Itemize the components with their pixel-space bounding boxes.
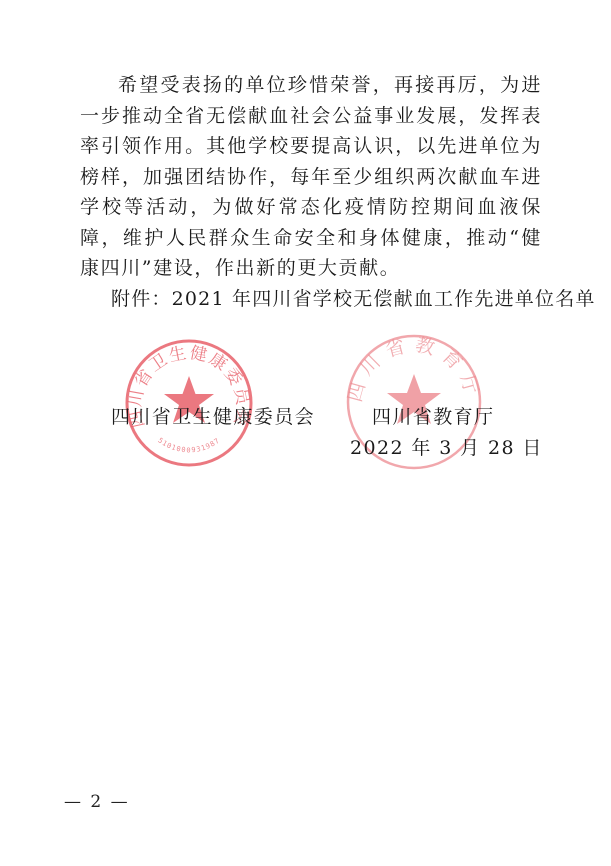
svg-text:四川省教育厅: 四川省教育厅 — [344, 334, 484, 405]
page-number: — 2 — — [64, 792, 130, 812]
body-paragraph: 希望受表扬的单位珍惜荣誉，再接再厉，为进一步推动全省无偿献血社会公益事业发展，发… — [80, 70, 542, 284]
signature-health-commission: 四川省卫生健康委员会 — [111, 402, 315, 429]
attachment-line: 附件：2021 年四川省学校无偿献血工作先进单位名单 — [111, 284, 596, 311]
signature-date: 2022 年 3 月 28 日 — [350, 433, 543, 460]
signature-education-department: 四川省教育厅 — [372, 402, 494, 429]
document-page: 希望受表扬的单位珍惜荣誉，再接再厉，为进一步推动全省无偿献血社会公益事业发展，发… — [0, 0, 611, 866]
svg-text:5101000931987: 5101000931987 — [156, 436, 221, 454]
